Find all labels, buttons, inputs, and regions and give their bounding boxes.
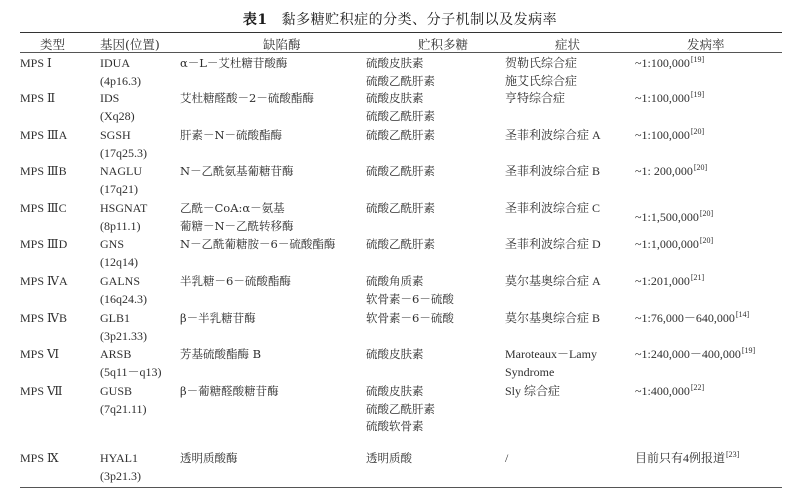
incidence-value: ~1:240,000－400,000	[635, 347, 741, 361]
cell-enzyme: β－葡糖醛酸糖苷酶	[180, 383, 279, 401]
incidence-value: ~1:1,500,000	[635, 210, 699, 224]
cell-gag: 硫酸角质素软骨素－6－硫酸	[366, 273, 454, 308]
cell-gag: 硫酸乙酰肝素	[366, 127, 435, 145]
cell-gene: IDS(Xq28)	[100, 90, 135, 125]
cell-enzyme: β－半乳糖苷酶	[180, 310, 256, 328]
gene-symbol: GUSB	[100, 383, 147, 401]
citation-reference: [19]	[742, 346, 755, 355]
gene-locus: (7q21.11)	[100, 401, 147, 419]
symptom-line: 圣菲利波综合症 D	[505, 236, 601, 254]
cell-enzyme: 艾杜糖醛酸－2－硫酸酯酶	[180, 90, 314, 108]
gag-line: 软骨素－6－硫酸	[366, 310, 454, 328]
gag-line: 硫酸皮肤素	[366, 383, 435, 401]
symptom-line: Syndrome	[505, 364, 597, 382]
cell-enzyme: 透明质酸酶	[180, 450, 238, 468]
cell-incidence: ~1:76,000－640,000[14]	[635, 310, 749, 328]
enzyme-line: 透明质酸酶	[180, 450, 238, 468]
cell-type: MPS Ⅸ	[20, 450, 59, 468]
cell-gene: GNS(12q14)	[100, 236, 138, 271]
cell-gene: GLB1(3p21.33)	[100, 310, 147, 345]
symptom-line: 亨特综合症	[505, 90, 565, 108]
cell-symptom: 圣菲利波综合症 C	[505, 200, 600, 218]
gene-locus: (17q25.3)	[100, 145, 147, 163]
cell-incidence: ~1:400,000[22]	[635, 383, 704, 401]
gene-symbol: GNS	[100, 236, 138, 254]
cell-incidence: ~1: 200,000[20]	[635, 163, 707, 181]
cell-type: MPS Ⅶ	[20, 383, 63, 401]
gag-line: 硫酸皮肤素	[366, 346, 424, 364]
table-top-rule	[20, 32, 782, 33]
citation-reference: [20]	[694, 163, 707, 172]
enzyme-line: 芳基硫酸酯酶 B	[180, 346, 261, 364]
citation-reference: [19]	[691, 55, 704, 64]
enzyme-line: 肝素－N－硫酸酯酶	[180, 127, 282, 145]
gag-line: 硫酸乙酰肝素	[366, 163, 435, 181]
incidence-value: ~1:100,000	[635, 128, 690, 142]
gag-line: 硫酸乙酰肝素	[366, 108, 435, 126]
cell-incidence: ~1:100,000[19]	[635, 55, 704, 73]
cell-incidence: ~1:1,500,000[20]	[635, 209, 713, 227]
cell-gene: IDUA(4p16.3)	[100, 55, 141, 90]
cell-symptom: Maroteaux－LamySyndrome	[505, 346, 597, 381]
gag-line: 硫酸乙酰肝素	[366, 401, 435, 419]
gene-locus: (16q24.3)	[100, 291, 147, 309]
cell-incidence: ~1:100,000[20]	[635, 127, 704, 145]
enzyme-line: β－半乳糖苷酶	[180, 310, 256, 328]
gag-line: 硫酸乙酰肝素	[366, 127, 435, 145]
cell-gag: 硫酸乙酰肝素	[366, 236, 435, 254]
cell-incidence: 目前只有4例报道[23]	[635, 450, 739, 468]
cell-incidence: ~1:1,000,000[20]	[635, 236, 713, 254]
citation-reference: [14]	[736, 310, 749, 319]
cell-gene: ARSB(5q11－q13)	[100, 346, 162, 381]
cell-gene: GALNS(16q24.3)	[100, 273, 147, 308]
enzyme-line: α－L－艾杜糖苷酸酶	[180, 55, 287, 73]
enzyme-line: 乙酰－CoA:α－氨基	[180, 200, 294, 218]
cell-enzyme: N－乙酰氨基葡糖苷酶	[180, 163, 294, 181]
enzyme-line: 葡糖－N－乙酰转移酶	[180, 218, 294, 236]
gag-line: 透明质酸	[366, 450, 412, 468]
cell-gag: 透明质酸	[366, 450, 412, 468]
cell-incidence: ~1:100,000[19]	[635, 90, 704, 108]
gag-line: 软骨素－6－硫酸	[366, 291, 454, 309]
cell-symptom: 圣菲利波综合症 D	[505, 236, 601, 254]
cell-type: MPS ⅢB	[20, 163, 67, 181]
citation-reference: [23]	[726, 450, 739, 459]
incidence-value: ~1:100,000	[635, 91, 690, 105]
gag-line: 硫酸乙酰肝素	[366, 236, 435, 254]
gene-locus: (3p21.33)	[100, 328, 147, 346]
cell-gag: 软骨素－6－硫酸	[366, 310, 454, 328]
header-type: 类型	[40, 35, 65, 53]
cell-enzyme: 乙酰－CoA:α－氨基葡糖－N－乙酰转移酶	[180, 200, 294, 235]
table-header-rule	[20, 52, 782, 53]
cell-incidence: ~1:201,000[21]	[635, 273, 704, 291]
citation-reference: [21]	[691, 273, 704, 282]
cell-symptom: 圣菲利波综合症 B	[505, 163, 600, 181]
cell-gag: 硫酸乙酰肝素	[366, 200, 435, 218]
cell-type: MPS ⅢA	[20, 127, 67, 145]
cell-symptom: 莫尔基奥综合症 B	[505, 310, 600, 328]
gag-line: 硫酸角质素	[366, 273, 454, 291]
gene-locus: (4p16.3)	[100, 73, 141, 91]
enzyme-line: N－乙酰葡糖胺－6－硫酸酯酶	[180, 236, 335, 254]
header-gene: 基因(位置)	[100, 35, 160, 53]
cell-symptom: 圣菲利波综合症 A	[505, 127, 601, 145]
cell-gag: 硫酸皮肤素硫酸乙酰肝素	[366, 55, 435, 90]
header-symptom: 症状	[555, 35, 580, 53]
cell-gene: NAGLU(17q21)	[100, 163, 142, 198]
symptom-line: Maroteaux－Lamy	[505, 346, 597, 364]
incidence-value: ~1:1,000,000	[635, 237, 699, 251]
citation-reference: [20]	[691, 127, 704, 136]
gag-line: 硫酸皮肤素	[366, 55, 435, 73]
cell-type: MPS ⅢD	[20, 236, 67, 254]
cell-symptom: /	[505, 450, 508, 468]
citation-reference: [20]	[700, 236, 713, 245]
cell-type: MPS ⅣA	[20, 273, 68, 291]
gene-locus: (Xq28)	[100, 108, 135, 126]
citation-reference: [19]	[691, 90, 704, 99]
cell-gene: GUSB(7q21.11)	[100, 383, 147, 418]
cell-type: MPS Ⅱ	[20, 90, 55, 108]
cell-symptom: 贺勒氏综合症施艾氏综合症	[505, 55, 577, 90]
gene-locus: (3p21.3)	[100, 468, 141, 486]
symptom-line: 圣菲利波综合症 A	[505, 127, 601, 145]
gag-line: 硫酸乙酰肝素	[366, 200, 435, 218]
table-number: 表1	[243, 12, 268, 28]
table-title: 黏多糖贮积症的分类、分子机制以及发病率	[282, 12, 558, 28]
cell-enzyme: α－L－艾杜糖苷酸酶	[180, 55, 287, 73]
incidence-value: ~1: 200,000	[635, 164, 693, 178]
symptom-line: 圣菲利波综合症 B	[505, 163, 600, 181]
enzyme-line: β－葡糖醛酸糖苷酶	[180, 383, 279, 401]
gag-line: 硫酸乙酰肝素	[366, 73, 435, 91]
incidence-value: 目前只有4例报道	[635, 451, 725, 465]
symptom-line: 贺勒氏综合症	[505, 55, 577, 73]
gene-locus: (8p11.1)	[100, 218, 147, 236]
gene-symbol: IDS	[100, 90, 135, 108]
header-gag: 贮积多糖	[418, 35, 468, 53]
symptom-line: 莫尔基奥综合症 B	[505, 310, 600, 328]
symptom-line: Sly 综合症	[505, 383, 560, 401]
cell-gag: 硫酸皮肤素	[366, 346, 424, 364]
gene-locus: (17q21)	[100, 181, 142, 199]
citation-reference: [20]	[700, 209, 713, 218]
gene-symbol: HYAL1	[100, 450, 141, 468]
cell-incidence: ~1:240,000－400,000[19]	[635, 346, 755, 364]
gene-symbol: GLB1	[100, 310, 147, 328]
cell-symptom: 莫尔基奥综合症 A	[505, 273, 601, 291]
cell-enzyme: 半乳糖－6－硫酸酯酶	[180, 273, 291, 291]
cell-type: MPS ⅢC	[20, 200, 67, 218]
symptom-line: 莫尔基奥综合症 A	[505, 273, 601, 291]
symptom-line: 施艾氏综合症	[505, 73, 577, 91]
gag-line: 硫酸软骨素	[366, 418, 435, 436]
gag-line: 硫酸皮肤素	[366, 90, 435, 108]
gene-symbol: SGSH	[100, 127, 147, 145]
gene-symbol: HSGNAT	[100, 200, 147, 218]
gene-symbol: GALNS	[100, 273, 147, 291]
gene-symbol: IDUA	[100, 55, 141, 73]
table-bottom-rule	[20, 487, 782, 488]
cell-gag: 硫酸乙酰肝素	[366, 163, 435, 181]
cell-gag: 硫酸皮肤素硫酸乙酰肝素	[366, 90, 435, 125]
gene-locus: (12q14)	[100, 254, 138, 272]
cell-enzyme: 肝素－N－硫酸酯酶	[180, 127, 282, 145]
cell-enzyme: 芳基硫酸酯酶 B	[180, 346, 261, 364]
header-incidence: 发病率	[687, 35, 725, 53]
cell-gene: HSGNAT(8p11.1)	[100, 200, 147, 235]
gene-symbol: ARSB	[100, 346, 162, 364]
cell-gene: SGSH(17q25.3)	[100, 127, 147, 162]
incidence-value: ~1:100,000	[635, 56, 690, 70]
cell-type: MPS Ⅰ	[20, 55, 52, 73]
symptom-line: /	[505, 450, 508, 468]
cell-type: MPS Ⅵ	[20, 346, 59, 364]
cell-gag: 硫酸皮肤素硫酸乙酰肝素硫酸软骨素	[366, 383, 435, 436]
cell-gene: HYAL1(3p21.3)	[100, 450, 141, 485]
gene-locus: (5q11－q13)	[100, 364, 162, 382]
incidence-value: ~1:76,000－640,000	[635, 311, 735, 325]
citation-reference: [22]	[691, 383, 704, 392]
cell-symptom: Sly 综合症	[505, 383, 560, 401]
cell-enzyme: N－乙酰葡糖胺－6－硫酸酯酶	[180, 236, 335, 254]
enzyme-line: 半乳糖－6－硫酸酯酶	[180, 273, 291, 291]
incidence-value: ~1:201,000	[635, 274, 690, 288]
cell-type: MPS ⅣB	[20, 310, 67, 328]
table-caption: 表1黏多糖贮积症的分类、分子机制以及发病率	[0, 9, 800, 29]
gene-symbol: NAGLU	[100, 163, 142, 181]
cell-symptom: 亨特综合症	[505, 90, 565, 108]
enzyme-line: 艾杜糖醛酸－2－硫酸酯酶	[180, 90, 314, 108]
symptom-line: 圣菲利波综合症 C	[505, 200, 600, 218]
incidence-value: ~1:400,000	[635, 384, 690, 398]
header-enzyme: 缺陷酶	[263, 35, 301, 53]
enzyme-line: N－乙酰氨基葡糖苷酶	[180, 163, 294, 181]
